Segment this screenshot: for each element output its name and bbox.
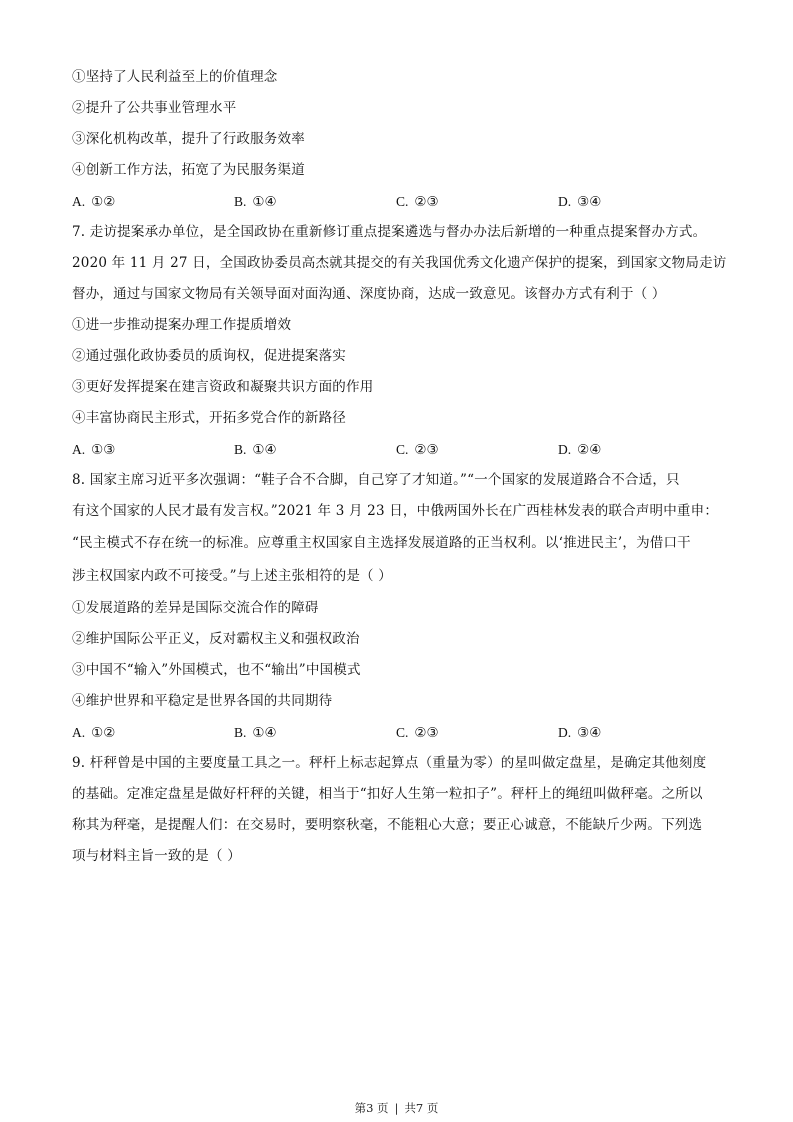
current-page: 第3 页 [355, 1101, 389, 1115]
statement-4: ④丰富协商民主形式，开拓多党合作的新路径 [72, 403, 732, 434]
statement-2: ②提升了公共事业管理水平 [72, 93, 732, 124]
statement-4: ④创新工作方法，拓宽了为民服务渠道 [72, 155, 732, 186]
statement-1: ①坚持了人民利益至上的价值理念 [72, 62, 732, 93]
option-a: A.①③ [72, 434, 234, 465]
option-d: D.③④ [558, 717, 720, 748]
statement-1: ①发展道路的差异是国际交流合作的障碍 [72, 593, 732, 624]
question-9: 9. 杆秤曾是中国的主要度量工具之一。秤杆上标志起算点（重量为零）的星叫做定盘星… [72, 748, 732, 872]
option-c: C.②③ [396, 717, 558, 748]
statement-4: ④维护世界和平稳定是世界各国的共同期待 [72, 686, 732, 717]
option-c: C.②③ [396, 186, 558, 217]
statement-3: ③更好发挥提案在建言资政和凝聚共识方面的作用 [72, 372, 732, 403]
option-a: A.①② [72, 186, 234, 217]
question-8: 8. 国家主席习近平多次强调：“鞋子合不合脚，自己穿了才知道。”“一个国家的发展… [72, 465, 732, 748]
statement-3: ③中国不“输入”外国模式，也不“输出”中国模式 [72, 655, 732, 686]
question-8-stem-line-4: 涉主权国家内政不可接受。”与上述主张相符的是（ ） [72, 560, 732, 593]
option-c: C.②③ [396, 434, 558, 465]
page-footer: 第3 页|共7 页 [0, 1100, 793, 1116]
question-6-options: A.①② B.①④ C.②③ D.③④ [72, 186, 732, 217]
statement-2: ②通过强化政协委员的质询权，促进提案落实 [72, 341, 732, 372]
question-8-options: A.①② B.①④ C.②③ D.③④ [72, 717, 732, 748]
question-8-stem-line-1: 8. 国家主席习近平多次强调：“鞋子合不合脚，自己穿了才知道。”“一个国家的发展… [72, 465, 732, 496]
question-9-stem-line-3: 称其为秤毫，是提醒人们：在交易时，要明察秋毫，不能粗心大意；要正心诚意，不能缺斤… [72, 810, 732, 841]
statement-3: ③深化机构改革，提升了行政服务效率 [72, 124, 732, 155]
option-b: B.①④ [234, 186, 396, 217]
question-8-stem-line-2: 有这个国家的人民才最有发言权。”2021 年 3 月 23 日，中俄两国外长在广… [72, 496, 732, 527]
option-a: A.①② [72, 717, 234, 748]
option-b: B.①④ [234, 717, 396, 748]
statement-1: ①进一步推动提案办理工作提质增效 [72, 310, 732, 341]
footer-separator: | [395, 1101, 399, 1115]
question-7-stem-line-2: 2020 年 11 月 27 日，全国政协委员高杰就其提交的有关我国优秀文化遗产… [72, 248, 732, 279]
question-9-stem-line-1: 9. 杆秤曾是中国的主要度量工具之一。秤杆上标志起算点（重量为零）的星叫做定盘星… [72, 748, 732, 779]
question-7-stem-line-3: 督办，通过与国家文物局有关领导面对面沟通、深度协商，达成一致意见。该督办方式有利… [72, 279, 732, 310]
question-7-options: A.①③ B.①④ C.②③ D.②④ [72, 434, 732, 465]
question-7: 7. 走访提案承办单位，是全国政协在重新修订重点提案遴选与督办办法后新增的一种重… [72, 217, 732, 465]
question-6-statements: ①坚持了人民利益至上的价值理念 ②提升了公共事业管理水平 ③深化机构改革，提升了… [72, 62, 732, 186]
option-d: D.②④ [558, 434, 720, 465]
option-b: B.①④ [234, 434, 396, 465]
question-9-stem-line-4: 项与材料主旨一致的是（ ） [72, 841, 732, 872]
question-8-stem-line-3: “民主模式不存在统一的标准。应尊重主权国家自主选择发展道路的正当权利。以‘推进民… [72, 527, 732, 560]
question-9-stem-line-2: 的基础。定准定盘星是做好杆秤的关键，相当于“扣好人生第一粒扣子”。秤杆上的绳纽叫… [72, 779, 732, 810]
statement-2: ②维护国际公平正义，反对霸权主义和强权政治 [72, 624, 732, 655]
option-d: D.③④ [558, 186, 720, 217]
total-pages: 共7 页 [404, 1101, 438, 1115]
question-7-stem-line-1: 7. 走访提案承办单位，是全国政协在重新修订重点提案遴选与督办办法后新增的一种重… [72, 217, 732, 248]
exam-page: ①坚持了人民利益至上的价值理念 ②提升了公共事业管理水平 ③深化机构改革，提升了… [72, 62, 732, 872]
